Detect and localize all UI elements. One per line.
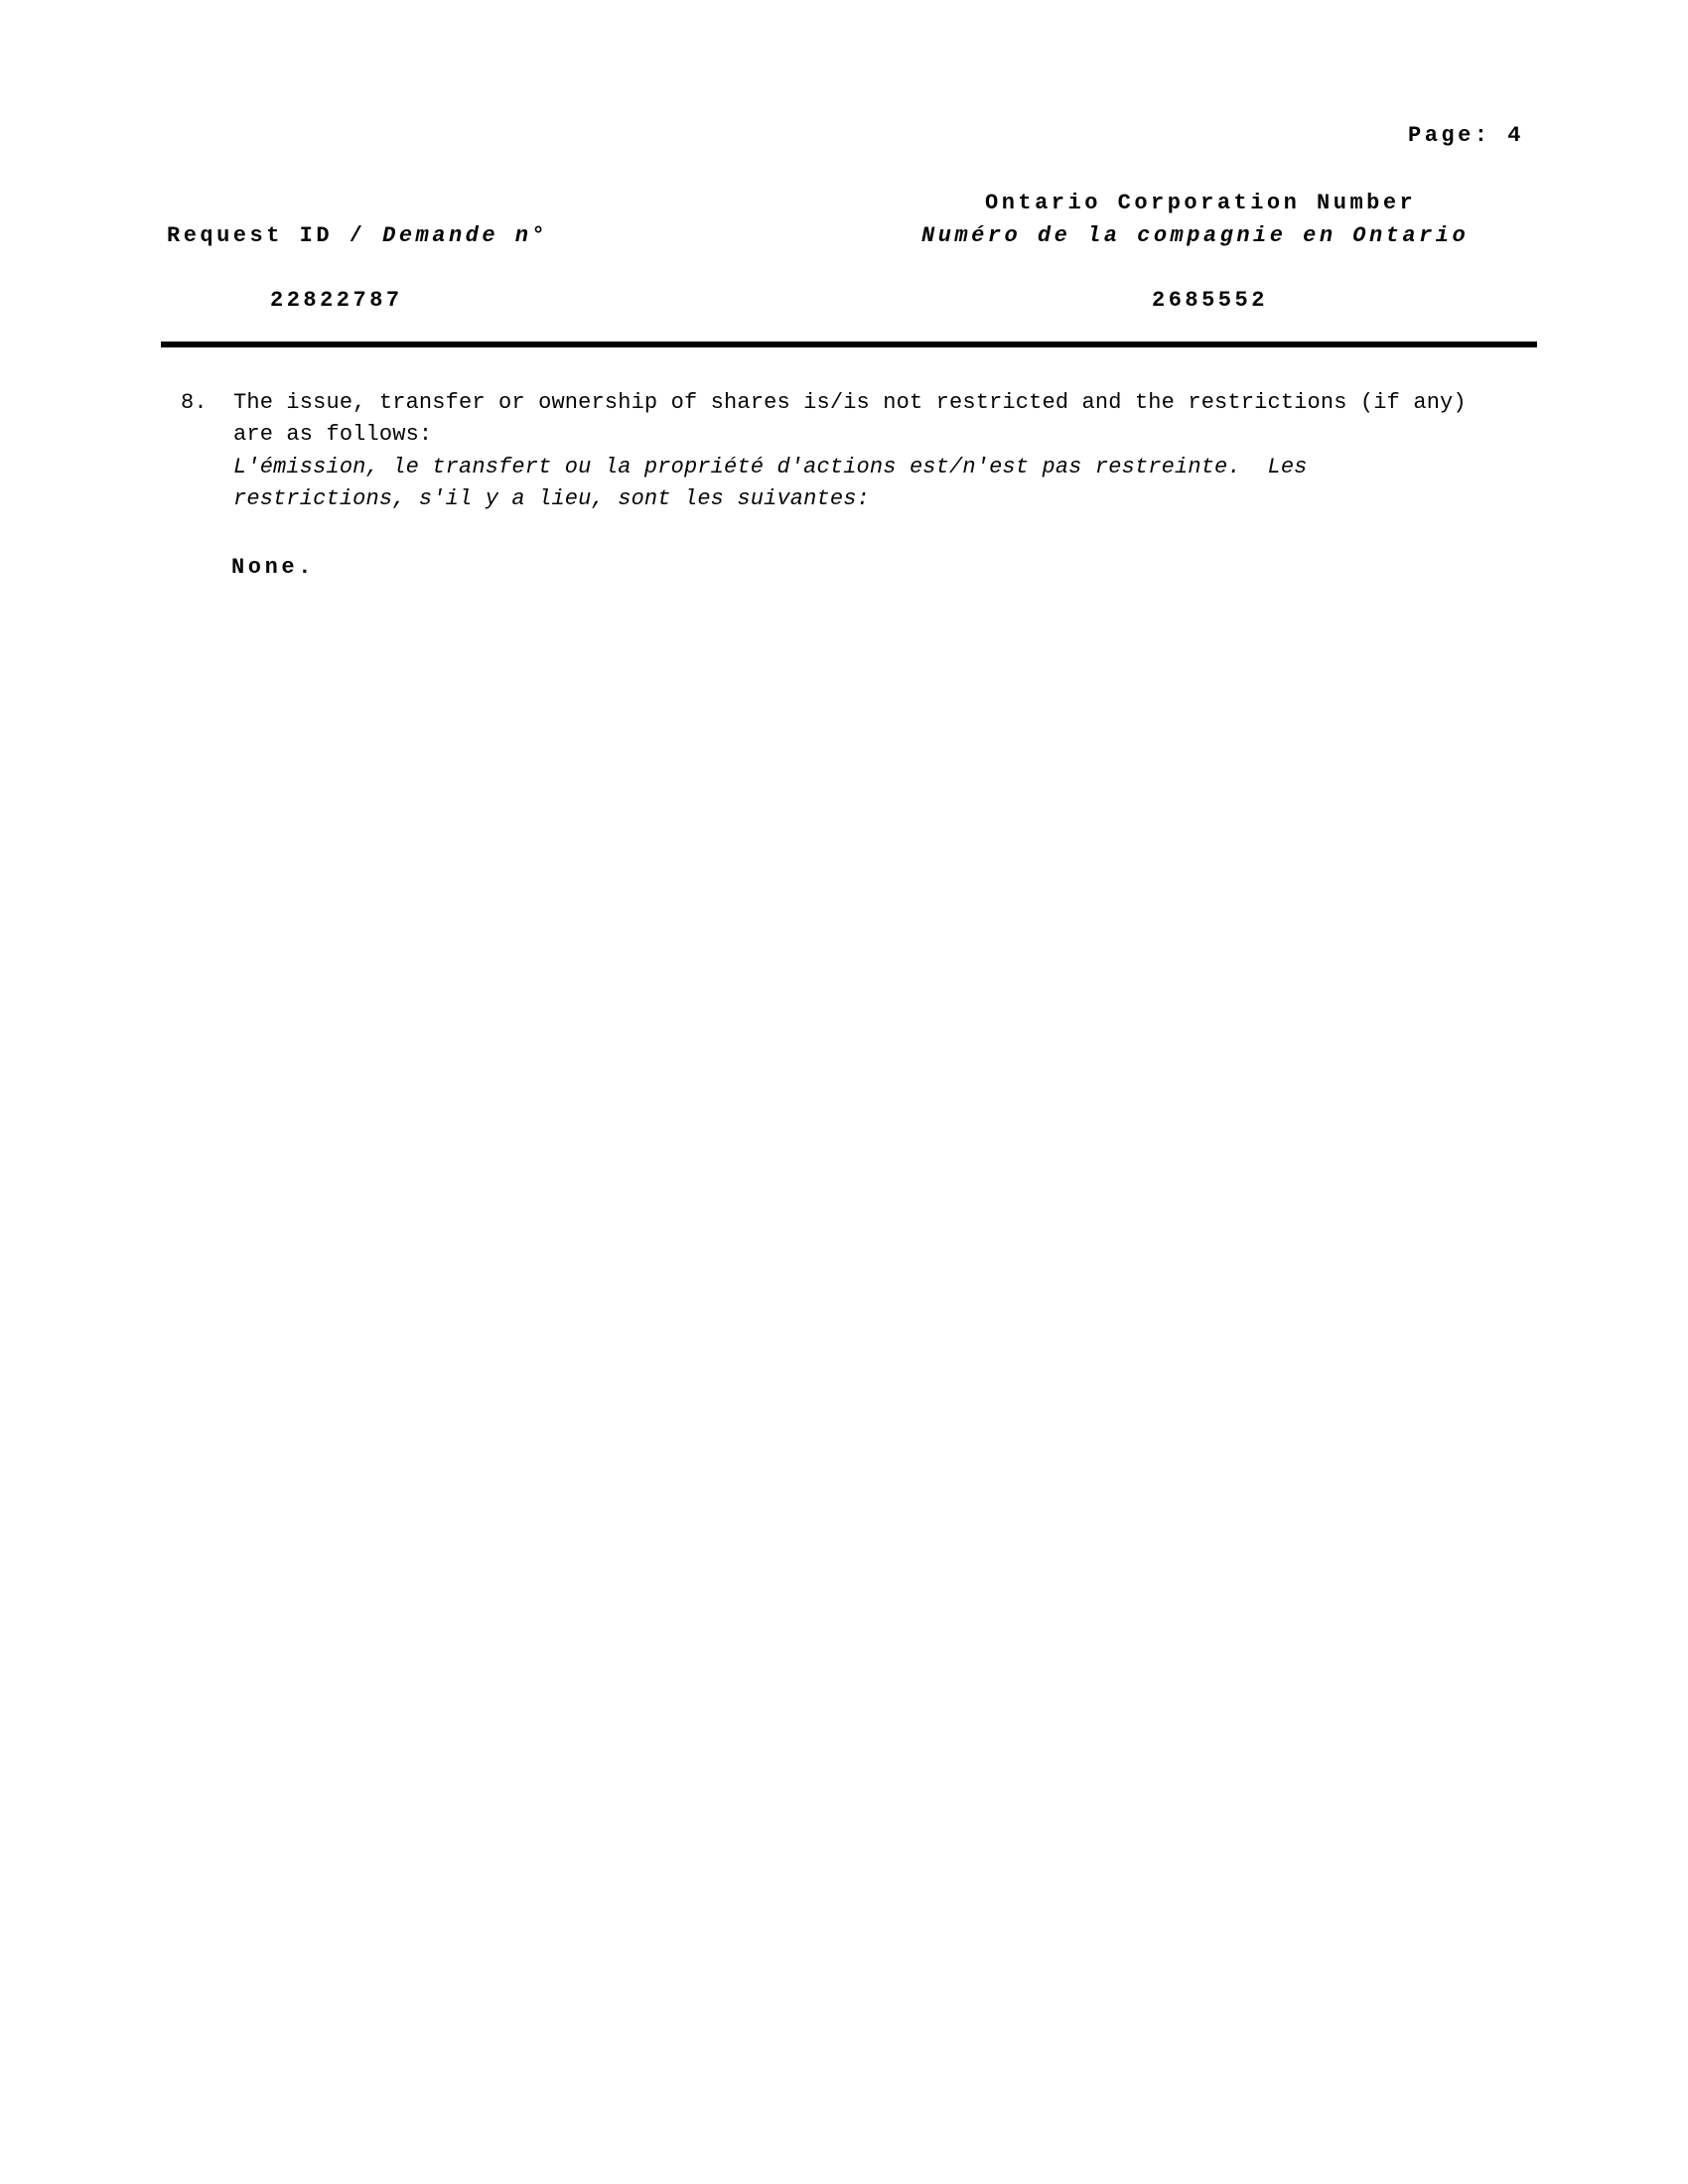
restriction-answer: None. xyxy=(231,557,315,579)
item-8-line-2-en: are as follows: xyxy=(233,424,432,446)
item-8-line-3-fr: L'émission, le transfert ou la propriété… xyxy=(233,457,1308,478)
item-number: 8. xyxy=(181,392,208,414)
document-page: Page: 4 Ontario Corporation Number Numér… xyxy=(0,0,1688,2184)
request-id-label-fr: Demande n° xyxy=(382,223,548,248)
item-8-line-1-en: The issue, transfer or ownership of shar… xyxy=(233,392,1467,414)
request-id-label-en: Request ID / xyxy=(167,223,382,248)
corp-number-label-fr: Numéro de la compagnie en Ontario xyxy=(921,225,1469,247)
page-number: Page: 4 xyxy=(1408,125,1524,147)
header-divider xyxy=(161,341,1537,347)
request-id-value: 22822787 xyxy=(270,290,403,312)
item-8-line-4-fr: restrictions, s'il y a lieu, sont les su… xyxy=(233,488,870,510)
corp-number-value: 2685552 xyxy=(1152,290,1268,312)
corp-number-label-en: Ontario Corporation Number xyxy=(985,193,1416,214)
request-id-label: Request ID / Demande n° xyxy=(167,225,548,247)
